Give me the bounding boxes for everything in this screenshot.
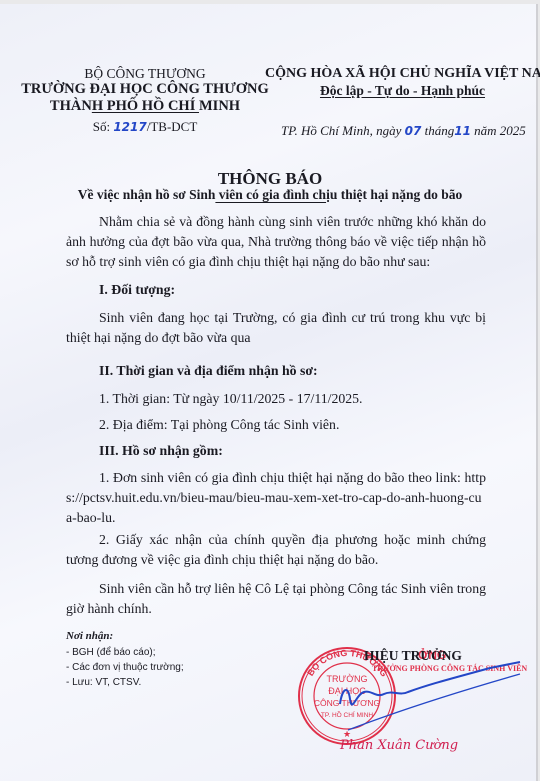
section-heading: II. Thời gian và địa điểm nhận hồ sơ: — [99, 361, 318, 381]
handwritten-day: 07 — [405, 124, 422, 138]
handwritten-month: 11 — [454, 124, 471, 138]
date-line: TP. Hồ Chí Minh, ngày 07 tháng11 năm 202… — [281, 123, 526, 139]
recipients-title: Nơi nhận: — [66, 630, 113, 642]
document-subtitle: Về việc nhận hồ sơ Sinh viên có gia đình… — [0, 187, 540, 203]
section-heading: III. Hồ sơ nhận gồm: — [99, 441, 223, 461]
list-item: 1. Đơn sinh viên có gia đình chịu thiệt … — [66, 468, 486, 528]
nation-name: CỘNG HÒA XÃ HỘI CHỦ NGHĨA VIỆT NAM — [265, 66, 540, 82]
signer-name: Phan Xuân Cường — [340, 738, 458, 753]
intro-paragraph: Nhằm chia sẻ và đồng hành cùng sinh viên… — [66, 212, 486, 272]
list-item: 2. Địa điểm: Tại phòng Công tác Sinh viê… — [99, 415, 339, 435]
handwritten-number: 1217 — [113, 120, 146, 134]
section-text: Sinh viên đang học tại Trường, có gia đì… — [66, 308, 486, 348]
ministry-name: BỘ CÔNG THƯƠNG — [20, 66, 270, 82]
contact-paragraph: Sinh viên cần hỗ trợ liên hệ Cô Lệ tại p… — [66, 579, 486, 619]
document-number: Số: 1217/TB-DCT — [20, 119, 270, 135]
document-page: BỘ CÔNG THƯƠNG TRƯỜNG ĐẠI HỌC CÔNG THƯƠN… — [0, 4, 538, 781]
national-motto: Độc lập - Tự do - Hạnh phúc — [265, 83, 540, 99]
recipient-item: - Lưu: VT, CTSV. — [66, 677, 141, 688]
school-name: TRƯỜNG ĐẠI HỌC CÔNG THƯƠNG THÀNH PHỐ HỒ … — [20, 81, 270, 115]
section-heading: I. Đối tượng: — [99, 280, 175, 300]
recipient-item: - Các đơn vị thuộc trường; — [66, 662, 184, 673]
list-item: 1. Thời gian: Từ ngày 10/11/2025 - 17/11… — [99, 389, 363, 409]
document-title: THÔNG BÁO — [0, 169, 540, 189]
school-name-line1: TRƯỜNG ĐẠI HỌC CÔNG THƯƠNG — [20, 81, 270, 98]
recipient-item: - BGH (để báo cáo); — [66, 647, 155, 658]
signature-icon — [320, 654, 540, 734]
list-item: 2. Giấy xác nhận của chính quyền địa phư… — [66, 530, 486, 570]
school-name-line2: THÀNH PHỐ HỒ CHÍ MINH — [20, 98, 270, 115]
